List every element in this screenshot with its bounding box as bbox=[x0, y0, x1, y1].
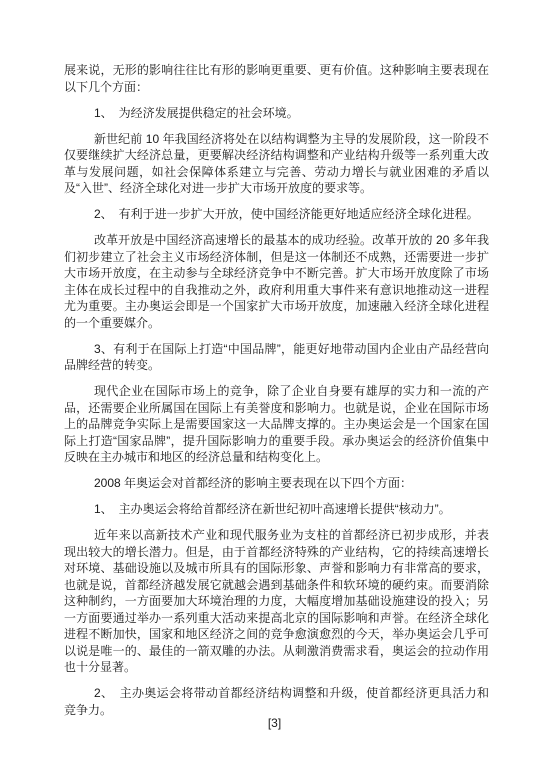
document-text-body: 展来说，无形的影响往往比有形的影响更重要、更有价值。这种影响主要表现在以下几个方… bbox=[64, 62, 489, 728]
paragraph-intro-capital-economy: 2008 年奥运会对首都经济的影响主要表现在以下四个方面： bbox=[64, 475, 489, 492]
paragraph-national-brand: 现代企业在国际市场上的竞争，除了企业自身要有雄厚的实力和一流的产品，还需要企业所… bbox=[64, 383, 489, 466]
numbered-heading-5: 2、 主办奥运会将带动首都经济结构调整和升级，使首都经济更具活力和竞争力。 bbox=[64, 685, 489, 718]
paragraph-reform-opening: 改革开放是中国经济高速增长的最基本的成功经验。改革开放的 20 多年我们初步建立… bbox=[64, 232, 489, 331]
paragraph-continuation: 展来说，无形的影响往往比有形的影响更重要、更有价值。这种影响主要表现在以下几个方… bbox=[64, 62, 489, 95]
numbered-heading-3: 3、有利于在国际上打造“中国品牌”，能更好地带动国内企业由产品经营向品牌经营的转… bbox=[64, 341, 489, 374]
document-page: 展来说，无形的影响往往比有形的影响更重要、更有价值。这种影响主要表现在以下几个方… bbox=[0, 0, 549, 778]
numbered-heading-1: 1、 为经济发展提供稳定的社会环境。 bbox=[64, 105, 489, 122]
page-number: [3] bbox=[0, 716, 549, 730]
numbered-heading-4: 1、 主办奥运会将给首都经济在新世纪初叶高速增长提供“核动力”。 bbox=[64, 501, 489, 518]
paragraph-capital-growth: 近年来以高新技术产业和现代服务业为支柱的首都经济已初步成形，并表现出较大的增长潜… bbox=[64, 527, 489, 676]
numbered-heading-2: 2、 有利于进一步扩大开放，使中国经济能更好地适应经济全球化进程。 bbox=[64, 206, 489, 223]
paragraph-social-environment: 新世纪前 10 年我国经济将处在以结构调整为主导的发展阶段，这一阶段不仅要继续扩… bbox=[64, 131, 489, 197]
